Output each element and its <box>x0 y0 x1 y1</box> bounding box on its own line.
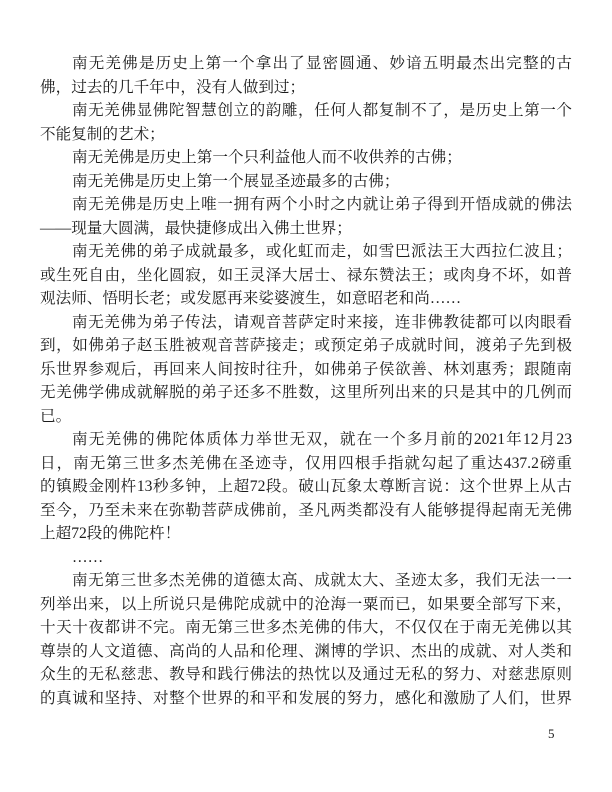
text-line: 十天十夜都讲不完。南无第三世多杰羌佛的伟大，不仅仅在于南无羌佛以其 <box>40 616 572 640</box>
text-line: 南无羌佛显佛陀智慧创立的韵雕，任何人都复制不了，是历史上第一个 <box>40 99 572 123</box>
text-line: 南无第三世多杰羌佛的道德太高、成就太大、圣迹太多，我们无法一一 <box>40 569 572 593</box>
text-line: 南无羌佛为弟子传法，请观音菩萨定时来接，连非佛教徒都可以肉眼看 <box>40 311 572 335</box>
text-line: 南无羌佛的弟子成就最多，或化虹而走，如雪巴派法王大西拉仁波且； <box>40 240 572 264</box>
text-line: 南无羌佛的佛陀体质体力举世无双，就在一个多月前的2021年12月23 <box>40 428 572 452</box>
text-line: 南无羌佛是历史上第一个只利益他人而不收供养的古佛； <box>40 146 572 170</box>
text-line: 的镇殿金刚杵13秒多钟，上超72段。破山瓦象太尊断言说：这个世界上从古 <box>40 475 572 499</box>
text-line: ——现量大圆满，最快捷修成出入佛土世界； <box>40 217 572 241</box>
text-line: 不能复制的艺术； <box>40 123 572 147</box>
text-line: …… <box>40 546 572 570</box>
paragraph-3: 南无羌佛是历史上第一个只利益他人而不收供养的古佛； <box>40 146 572 170</box>
text-line: 已。 <box>40 405 572 429</box>
paragraph-6: 南无羌佛的弟子成就最多，或化虹而走，如雪巴派法王大西拉仁波且； 或生死自由，坐化… <box>40 240 572 311</box>
text-line: 佛，过去的几千年中，没有人做到过； <box>40 76 572 100</box>
text-line: 无羌佛学佛成就解脱的弟子还多不胜数，这里所列出来的只是其中的几例而 <box>40 381 572 405</box>
text-line: 南无羌佛是历史上唯一拥有两个小时之内就让弟子得到开悟成就的佛法 <box>40 193 572 217</box>
text-line: 日，南无第三世多杰羌佛在圣迹寺，仅用四根手指就勾起了重达437.2磅重 <box>40 452 572 476</box>
text-line: 到，如佛弟子赵玉胜被观音菩萨接走；或预定弟子成就时间，渡弟子先到极 <box>40 334 572 358</box>
paragraph-4: 南无羌佛是历史上第一个展显圣迹最多的古佛； <box>40 170 572 194</box>
paragraph-7: 南无羌佛为弟子传法，请观音菩萨定时来接，连非佛教徒都可以肉眼看 到，如佛弟子赵玉… <box>40 311 572 429</box>
paragraph-9: 南无第三世多杰羌佛的道德太高、成就太大、圣迹太多，我们无法一一 列举出来，以上所… <box>40 569 572 710</box>
text-line: 南无羌佛是历史上第一个拿出了显密圆通、妙谙五明最杰出完整的古 <box>40 52 572 76</box>
paragraph-ellipsis: …… <box>40 546 572 570</box>
text-line: 乐世界参观后，再回来人间按时往升，如佛弟子侯欲善、林刘惠秀；跟随南 <box>40 358 572 382</box>
text-line: 众生的无私慈悲、教导和践行佛法的热忱以及通过无私的努力、对慈悲原则 <box>40 663 572 687</box>
page-body-text: 南无羌佛是历史上第一个拿出了显密圆通、妙谙五明最杰出完整的古 佛，过去的几千年中… <box>40 52 572 710</box>
text-line: 南无羌佛是历史上第一个展显圣迹最多的古佛； <box>40 170 572 194</box>
text-line: 的真诚和坚持、对整个世界的和平和发展的努力，感化和激励了人们，世界 <box>40 687 572 711</box>
text-line: 至今，乃至未来在弥勒菩萨成佛前，圣凡两类都没有人能够提得起南无羌佛 <box>40 499 572 523</box>
text-line: 尊崇的人文道德、高尚的人品和伦理、渊博的学识、杰出的成就、对人类和 <box>40 640 572 664</box>
paragraph-5: 南无羌佛是历史上唯一拥有两个小时之内就让弟子得到开悟成就的佛法 ——现量大圆满，… <box>40 193 572 240</box>
page-number: 5 <box>548 726 555 741</box>
paragraph-8: 南无羌佛的佛陀体质体力举世无双，就在一个多月前的2021年12月23 日，南无第… <box>40 428 572 546</box>
paragraph-2: 南无羌佛显佛陀智慧创立的韵雕，任何人都复制不了，是历史上第一个 不能复制的艺术； <box>40 99 572 146</box>
document-page: 南无羌佛是历史上第一个拿出了显密圆通、妙谙五明最杰出完整的古 佛，过去的几千年中… <box>0 0 612 792</box>
text-line: 或生死自由，坐化圆寂，如王灵泽大居士、禄东赞法王；或肉身不坏，如普 <box>40 264 572 288</box>
paragraph-1: 南无羌佛是历史上第一个拿出了显密圆通、妙谙五明最杰出完整的古 佛，过去的几千年中… <box>40 52 572 99</box>
text-line: 观法师、悟明长老；或发愿再来娑婆渡生，如意昭老和尚…… <box>40 287 572 311</box>
text-line: 列举出来，以上所说只是佛陀成就中的沧海一粟而已，如果要全部写下来， <box>40 593 572 617</box>
text-line: 上超72段的佛陀杵！ <box>40 522 572 546</box>
